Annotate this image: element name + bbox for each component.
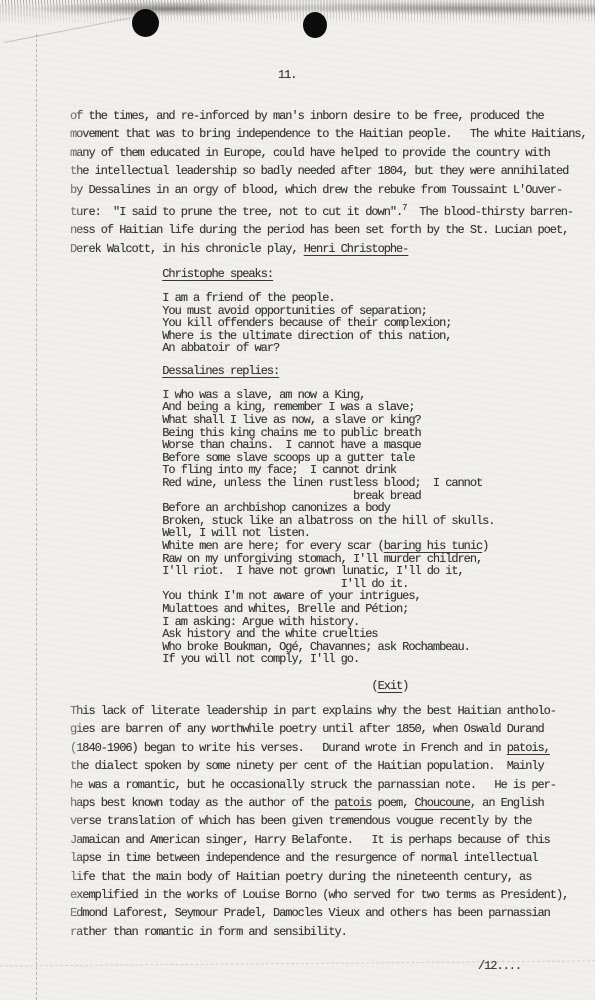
text-line: ness of Haitian life during the period h…: [70, 221, 595, 239]
text-line: Dessalines replies:: [70, 365, 595, 378]
text-line: exemplified in the works of Louise Borno…: [70, 886, 595, 904]
text-line: (1840-1906) began to write his verses. D…: [70, 739, 595, 757]
text-line: the dialect spoken by some ninety per ce…: [70, 757, 595, 775]
text-line: he was a romantic, but he occasionally s…: [70, 776, 595, 794]
underlined-text: patois,: [507, 741, 550, 755]
page-number: 11.: [0, 0, 595, 84]
text-line: (Exit): [70, 677, 595, 695]
text-line: of the times, and re-inforced by man's i…: [70, 107, 595, 125]
text-line: Ask history and the white cruelties: [70, 628, 595, 641]
text-line: movement that was to bring independence …: [70, 125, 595, 143]
text-line: What shall I live as now, a slave or kin…: [70, 414, 595, 427]
text-line: Derek Walcott, in his chronicle play, He…: [70, 240, 595, 258]
text-line: life that the main body of Haitian poetr…: [70, 868, 595, 886]
scanned-typewritten-page: 11. of the times, and re-inforced by man…: [0, 0, 595, 1000]
text-line: the intellectual leadership so badly nee…: [70, 162, 595, 180]
underlined-text: Choucoune: [415, 796, 470, 810]
underlined-text: Henri Christophe-: [304, 242, 409, 256]
text-line: Edmond Laforest, Seymour Pradel, Damocle…: [70, 904, 595, 922]
text-line: This lack of literate leadership in part…: [70, 702, 595, 720]
text-line: rather than romantic in form and sensibi…: [70, 923, 595, 941]
stage-direction-exit: (Exit): [70, 677, 595, 695]
underlined-text: baring his tunic: [384, 539, 482, 553]
typewritten-text: of the times, and re-inforced by man's i…: [0, 107, 595, 941]
text-line: I am a friend of the people.: [70, 292, 595, 305]
text-line: gies are barren of any worthwhile poetry…: [70, 720, 595, 738]
text-line: haps best known today as the author of t…: [70, 794, 595, 812]
text-line: verse translation of which has been give…: [70, 812, 595, 830]
dessalines-stanza: I who was a slave, am now a King, And be…: [70, 389, 595, 666]
text-line: Mulattoes and whites, Brelle and Pétion;: [70, 603, 595, 616]
text-line: Before an archbishop canonizes a body: [70, 502, 595, 515]
paragraph-2: This lack of literate leadership in part…: [70, 702, 595, 941]
superscript-footnote-ref: 7: [402, 203, 407, 213]
underlined-text: Exit: [378, 679, 403, 693]
text-line: Red wine, unless the linen rustless bloo…: [70, 477, 595, 490]
christophe-stanza: I am a friend of the people. You must av…: [70, 292, 595, 355]
text-line: many of them educated in Europe, could h…: [70, 144, 595, 162]
hole-punch-dot: [132, 9, 159, 37]
next-page-marker: /12....: [0, 941, 595, 975]
text-line: ture: "I said to prune the tree, not to …: [70, 199, 595, 221]
text-line: I'll riot. I have not grown lunatic, I'l…: [70, 565, 595, 578]
text-line: Christophe speaks:: [70, 268, 595, 281]
underlined-text: patois: [335, 796, 372, 810]
text-line: You kill offenders because of their comp…: [70, 317, 595, 330]
text-line: by Dessalines in an orgy of blood, which…: [70, 181, 595, 199]
text-line: White men are here; for every scar (bari…: [70, 540, 595, 553]
hole-punch-dot: [303, 12, 327, 38]
text-line: If you will not comply, I'll go.: [70, 653, 595, 666]
text-line: lapse in time between independence and t…: [70, 849, 595, 867]
speaker-heading-dessalines: Dessalines replies:: [70, 365, 595, 378]
paragraph-1: of the times, and re-inforced by man's i…: [70, 107, 595, 258]
speaker-heading-christophe: Christophe speaks:: [70, 268, 595, 281]
text-line: Jamaican and American singer, Harry Bela…: [70, 831, 595, 849]
text-line: Worse than chains. I cannot have a masqu…: [70, 439, 595, 452]
underlined-text: Dessalines replies:: [162, 364, 279, 378]
underlined-text: Christophe speaks:: [162, 267, 273, 281]
text-line: An abbatoir of war?: [70, 342, 595, 355]
